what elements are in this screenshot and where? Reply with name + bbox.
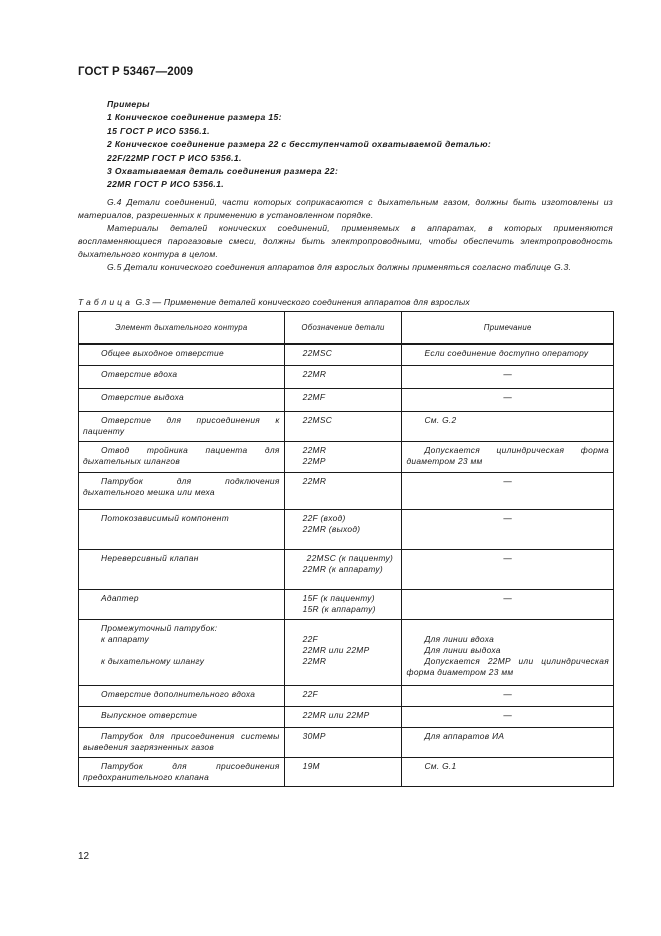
cell-element: Патрубок для присоединения предохранител… [79,757,285,786]
designation-line: 22MR (выход) [303,524,398,535]
table-row: Адаптер 15F (к пациенту) 15R (к аппарату… [79,589,614,619]
cell-element: Потокозависимый компонент [79,509,285,549]
cell-note: — [402,509,614,549]
cell-element: Промежуточный патрубок: к аппарату к дых… [79,619,285,685]
cell-element: Отвод тройника пациента для дыхательных … [79,441,285,472]
table-row: Выпускное отверстие 22MR или 22MP — [79,706,614,727]
table-row: Потокозависимый компонент 22F (вход) 22M… [79,509,614,549]
element-sub-line: к дыхательному шлангу [83,656,280,667]
cell-note: См. G.1 [402,757,614,786]
table-row: Общее выходное отверстие 22MSC Если соед… [79,344,614,365]
element-sub-line: к аппарату [83,634,280,645]
cell-designation: 22F [284,685,402,706]
table-caption-text: G.3 — Применение деталей конического сое… [136,297,470,307]
page-number: 12 [78,851,89,862]
cell-designation: 19M [284,757,402,786]
designation-line: 15R (к аппарату) [303,604,398,615]
element-line: Промежуточный патрубок: [83,623,280,634]
column-header-designation: Обозначение детали [284,312,402,345]
cell-element: Патрубок для подключения дыхательного ме… [79,472,285,509]
cell-element: Отверстие выдоха [79,388,285,411]
cell-designation: 22MSC [284,344,402,365]
cell-note: — [402,365,614,388]
designation-line: 22MR [303,656,398,667]
cell-designation: 22MR или 22MP [284,706,402,727]
note-line: Допускается 22MP или цилиндрическая форм… [406,656,609,678]
table-header-row: Элемент дыхательного контура Обозначение… [79,312,614,345]
cell-note: — [402,472,614,509]
designation-line: 22MR (к аппарату) [289,564,398,575]
designation-line: 22MSC (к пациенту) [289,553,398,564]
note-line: Для линии выдоха [406,645,609,656]
table-row: Патрубок для присоединения системы вывед… [79,727,614,757]
cell-note: — [402,706,614,727]
cell-element: Отверстие для присоединения к пациенту [79,411,285,441]
cell-element: Нереверсивный клапан [79,549,285,589]
table-row: Нереверсивный клапан 22MSC (к пациенту) … [79,549,614,589]
table-row: Отверстие выдоха 22MF — [79,388,614,411]
cell-designation: 22MSC (к пациенту) 22MR (к аппарату) [284,549,402,589]
table-row: Патрубок для присоединения предохранител… [79,757,614,786]
table-row: Промежуточный патрубок: к аппарату к дых… [79,619,614,685]
body-text: G.4 Детали соединений, части которых соп… [78,196,613,274]
column-header-note: Примечание [402,312,614,345]
cell-designation: 22F (вход) 22MR (выход) [284,509,402,549]
designation-line: 22MR [303,445,398,456]
examples-title: Примеры [107,98,491,111]
cell-element: Общее выходное отверстие [79,344,285,365]
paragraph-g4: G.4 Детали соединений, части которых соп… [78,196,613,222]
table-g3: Элемент дыхательного контура Обозначение… [78,311,614,787]
paragraph-g5: G.5 Детали конического соединения аппара… [78,261,613,274]
designation-line: 22F [303,634,398,645]
table-row: Отвод тройника пациента для дыхательных … [79,441,614,472]
cell-note: — [402,685,614,706]
designation-line: 22F (вход) [303,513,398,524]
example-line: 2 Коническое соединение размера 22 с бес… [107,138,491,151]
cell-designation: 22MSC [284,411,402,441]
cell-designation: 15F (к пациенту) 15R (к аппарату) [284,589,402,619]
table-caption: Таблица G.3 — Применение деталей коничес… [78,297,470,307]
table-row: Отверстие для присоединения к пациенту 2… [79,411,614,441]
examples-block: Примеры 1 Коническое соединение размера … [107,98,491,192]
cell-note: См. G.2 [402,411,614,441]
paragraph-materials: Материалы деталей конических соединений,… [78,222,613,261]
cell-element: Выпускное отверстие [79,706,285,727]
table-row: Отверстие вдоха 22MR — [79,365,614,388]
cell-note: Для линии вдоха Для линии выдоха Допуска… [402,619,614,685]
cell-designation: 22MR 22MP [284,441,402,472]
cell-element: Отверстие вдоха [79,365,285,388]
table-row: Патрубок для подключения дыхательного ме… [79,472,614,509]
cell-element: Отверстие дополнительного вдоха [79,685,285,706]
cell-note: Для аппаратов ИА [402,727,614,757]
table-caption-label: Таблица [78,297,133,307]
table-row: Отверстие дополнительного вдоха 22F — [79,685,614,706]
cell-designation: 22MF [284,388,402,411]
designation-line: 22MR или 22MP [303,645,398,656]
document-header: ГОСТ Р 53467—2009 [78,66,193,78]
cell-designation: 22MR [284,365,402,388]
cell-element: Адаптер [79,589,285,619]
designation-line: 15F (к пациенту) [303,593,398,604]
cell-note: — [402,549,614,589]
example-line: 1 Коническое соединение размера 15: [107,111,491,124]
cell-element: Патрубок для присоединения системы вывед… [79,727,285,757]
cell-note: — [402,388,614,411]
note-line: Для линии вдоха [406,634,609,645]
cell-designation: 22MR [284,472,402,509]
column-header-element: Элемент дыхательного контура [79,312,285,345]
cell-designation: 30MP [284,727,402,757]
designation-line: 22MP [303,456,398,467]
cell-designation: 22F 22MR или 22MP 22MR [284,619,402,685]
example-line: 15 ГОСТ Р ИСО 5356.1. [107,125,491,138]
example-line: 3 Охватываемая деталь соединения размера… [107,165,491,178]
example-line: 22MR ГОСТ Р ИСО 5356.1. [107,178,491,191]
cell-note: — [402,589,614,619]
cell-note: Допускается цилиндрическая форма диаметр… [402,441,614,472]
example-line: 22F/22MP ГОСТ Р ИСО 5356.1. [107,152,491,165]
cell-note: Если соединение доступно оператору [402,344,614,365]
